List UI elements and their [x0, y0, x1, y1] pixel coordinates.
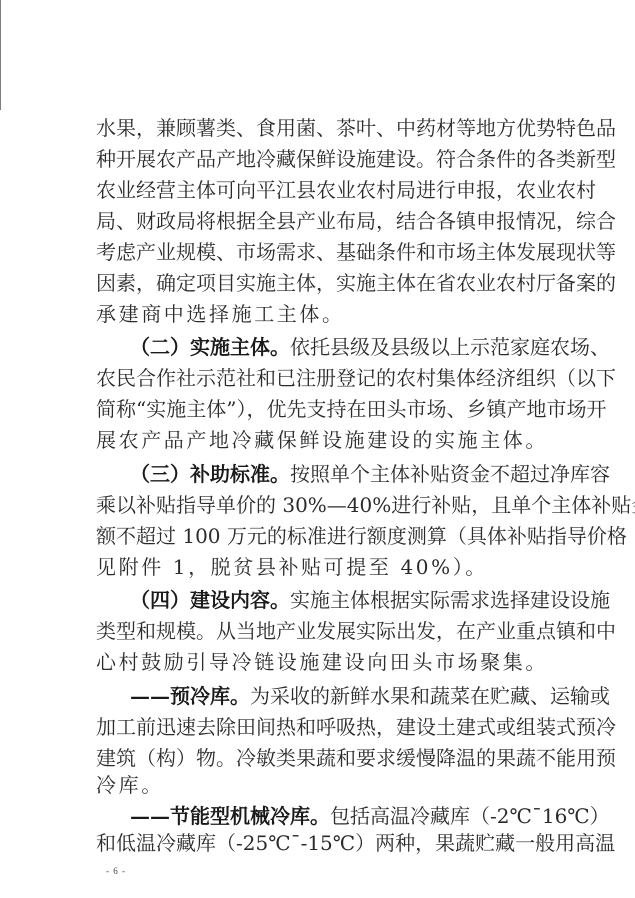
- text-line: 和低温冷藏库（-25℃¯-15℃）两种，果蔬贮藏一般用高温: [96, 830, 536, 856]
- text-line: 水果，兼顾薯类、食用菌、茶叶、中药材等地方优势特色品: [96, 115, 536, 141]
- item-heading-line: ——节能型机械冷库。包括高温冷藏库（-2℃¯16℃）: [130, 803, 536, 829]
- text-line: 种开展农产品产地冷藏保鲜设施建设。符合条件的各类新型: [96, 146, 536, 172]
- text-line: 农业经营主体可向平江县农业农村局进行申报，农业农村: [96, 177, 536, 203]
- text-line: 冷库。: [96, 772, 536, 798]
- text-line: 局、财政局将根据全县产业布局，结合各镇申报情况，综合: [96, 208, 536, 234]
- section-heading: （三）补助标准。: [130, 462, 290, 486]
- item-heading-line: ——预冷库。为采收的新鲜水果和蔬菜在贮藏、运输或: [130, 683, 536, 709]
- text-line: 见附件 1，脱贫县补贴可提至 40%）。: [96, 554, 536, 580]
- text-line: 简称“实施主体”），优先支持在田头市场、乡镇产地市场开: [96, 396, 536, 422]
- item-text: 包括高温冷藏库（-2℃¯16℃）: [330, 804, 610, 828]
- section-text: 按照单个主体补贴资金不超过净库容: [290, 462, 610, 486]
- text-line: 农民合作社示范社和已注册登记的农村集体经济组织（以下: [96, 365, 536, 391]
- document-page: 水果，兼顾薯类、食用菌、茶叶、中药材等地方优势特色品 种开展农产品产地冷藏保鲜设…: [0, 0, 635, 898]
- text-line: 承建商中选择施工主体。: [96, 301, 536, 327]
- page-number: - 6 -: [106, 866, 126, 876]
- text-line: 因素，确定项目实施主体，实施主体在省农业农村厅备案的: [96, 270, 536, 296]
- text-line: 心村鼓励引导冷链设施建设向田头市场聚集。: [96, 649, 536, 675]
- item-heading: ——预冷库。: [130, 684, 250, 708]
- section-heading-line: （四）建设内容。实施主体根据实际需求选择建设设施: [130, 587, 536, 613]
- section-heading-line: （二）实施主体。依托县级及县级以上示范家庭农场、: [130, 334, 536, 360]
- item-heading: ——节能型机械冷库。: [130, 804, 330, 828]
- text-line: 展农产品产地冷藏保鲜设施建设的实施主体。: [96, 427, 536, 453]
- text-line: 额不超过 100 万元的标准进行额度测算（具体补贴指导价格: [96, 523, 536, 549]
- item-text: 为采收的新鲜水果和蔬菜在贮藏、运输或: [250, 684, 610, 708]
- section-heading: （四）建设内容。: [130, 588, 290, 612]
- text-line: 乘以补贴指导单价的 30%—40%进行补贴，且单个主体补贴金: [96, 492, 536, 518]
- text-line: 建筑（构）物。冷敏类果蔬和要求缓慢降温的果蔬不能用预: [96, 745, 536, 771]
- section-text: 依托县级及县级以上示范家庭农场、: [290, 335, 610, 359]
- text-line: 考虑产业规模、市场需求、基础条件和市场主体发展现状等: [96, 239, 536, 265]
- section-heading: （二）实施主体。: [130, 335, 290, 359]
- text-line: 加工前迅速去除田间热和呼吸热，建设土建式或组装式预冷: [96, 714, 536, 740]
- section-heading-line: （三）补助标准。按照单个主体补贴资金不超过净库容: [130, 461, 536, 487]
- section-text: 实施主体根据实际需求选择建设设施: [290, 588, 610, 612]
- text-line: 类型和规模。从当地产业发展实际出发，在产业重点镇和中: [96, 618, 536, 644]
